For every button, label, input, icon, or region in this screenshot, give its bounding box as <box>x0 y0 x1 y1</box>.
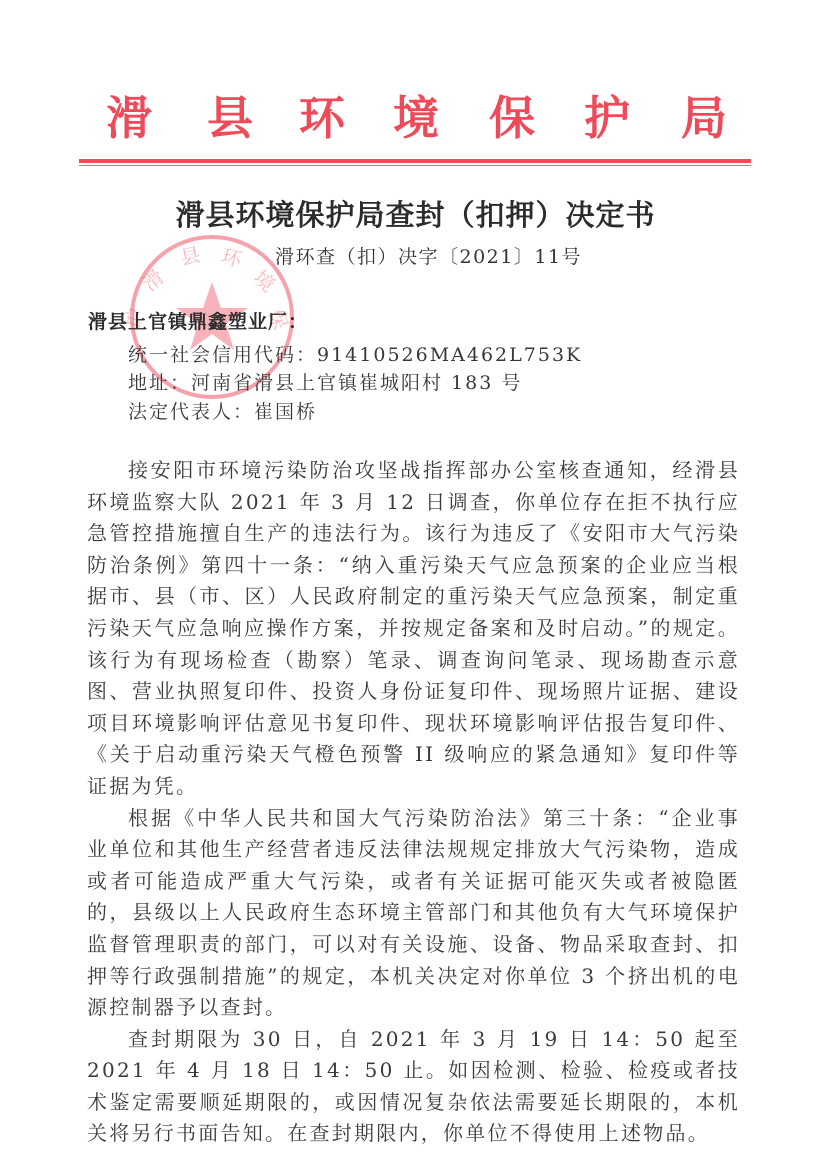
letterhead-rule <box>79 159 751 163</box>
document-number: 滑环查（扣）决字〔2021〕11号 <box>275 244 582 270</box>
document-title-text: 滑县环境保护局查封（扣押）决定书 <box>175 197 655 233</box>
letterhead: 滑 县 环 境 保 护 局 <box>0 88 831 148</box>
svg-text:滑: 滑 <box>138 265 169 296</box>
svg-text:境: 境 <box>249 265 280 296</box>
body-paragraph-legal-basis: 根据《中华人民共和国大气污染防治法》第三十条：“企业事业单位和其他生产经营者违反… <box>87 803 740 1024</box>
document-body: 接安阳市环境污染防治攻坚战指挥部办公室核查通知，经滑县环境监察大队 2021 年… <box>87 455 740 1150</box>
letterhead-rule-thin <box>79 165 751 166</box>
letterhead-char: 保 <box>486 88 538 148</box>
legal-representative-line: 法定代表人：崔国桥 <box>128 398 317 426</box>
svg-text:县: 县 <box>178 242 203 270</box>
letterhead-char: 县 <box>204 88 256 148</box>
credit-code-line: 统一社会信用代码：91410526MA462L753K <box>128 341 582 369</box>
body-paragraph-findings: 接安阳市环境污染防治攻坚战指挥部办公室核查通知，经滑县环境监察大队 2021 年… <box>87 455 740 803</box>
letterhead-char: 境 <box>390 88 442 148</box>
body-paragraph-seal-period: 查封期限为 30 日，自 2021 年 3 月 19 日 14：50 起至 20… <box>87 1024 740 1150</box>
letterhead-char: 局 <box>678 88 730 148</box>
letterhead-char: 护 <box>581 88 633 148</box>
address-line: 地址：河南省滑县上官镇崔城阳村 183 号 <box>128 369 522 397</box>
recipient-name: 滑县上官镇鼎鑫塑业厂： <box>88 308 308 336</box>
document-title: 滑县环境保护局查封（扣押）决定书 <box>0 197 831 233</box>
letterhead-char: 滑 <box>103 88 155 148</box>
letterhead-char: 环 <box>296 88 348 148</box>
svg-text:环: 环 <box>219 244 245 273</box>
